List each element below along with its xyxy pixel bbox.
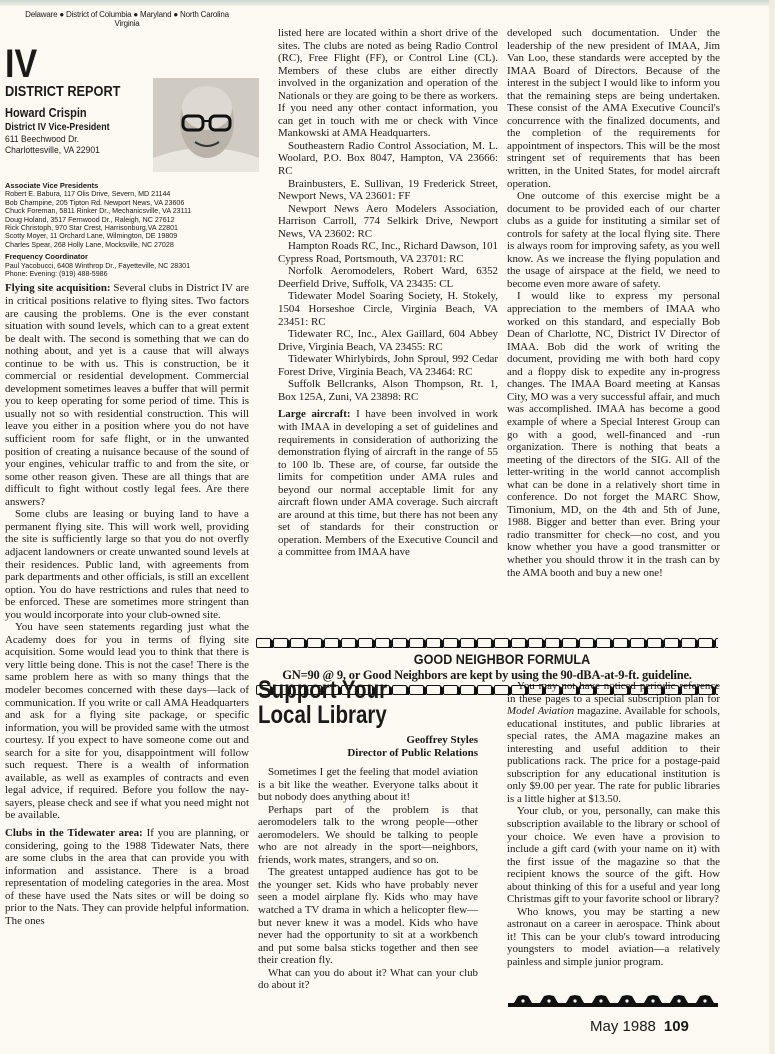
club-entry: Suffolk Bellcranks, Alson Thompson, Rt. … [278,378,498,403]
paragraph: Some clubs are leasing or buying land to… [5,508,249,621]
paragraph: Your club, or you, personally, can make … [507,805,720,905]
club-entry: Tidewater Whirlybirds, John Sproul, 992 … [278,353,498,378]
byline: Geoffrey Styles Director of Public Relat… [258,734,478,760]
border-box-glyph [681,638,696,648]
paragraph: listed here are located within a short d… [278,27,498,140]
border-box-glyph [579,638,594,648]
border-box-glyph [528,638,543,648]
club-entry: Southeastern Radio Control Association, … [278,140,498,178]
column-2: listed here are located within a short d… [278,27,498,559]
border-box-glyph [375,638,390,648]
paragraph: Who knows, you may be starting a new ast… [507,906,720,969]
club-entry: Tidewater RC, Inc., Alex Gaillard, 604 A… [278,328,498,353]
border-box-glyph [341,638,356,648]
border-box-glyph [562,638,577,648]
associates-list: Associate Vice Presidents Robert E. Babu… [5,182,249,278]
author-title: District IV Vice-President [5,122,110,135]
border-box-glyph [460,638,475,648]
border-box-glyph [273,638,288,648]
states-line: Delaware ● District of Columbia ● Maryla… [5,10,249,28]
top-color-band [0,0,775,6]
paragraph: Sometimes I get the feeling that model a… [258,766,478,804]
border-box-glyph [477,638,492,648]
border-box-glyph [290,638,305,648]
good-neighbor-title: GOOD NEIGHBOR FORMULA [308,651,697,667]
end-ornament [508,993,718,1007]
club-entry: Norfolk Aeromodelers, Robert Ward, 6352 … [278,265,498,290]
border-box-glyph [698,638,713,648]
paragraph: developed such documentation. Under the … [507,27,720,190]
border-box-glyph [392,638,407,648]
club-entry: Tidewater Model Soaring Society, H. Stok… [278,290,498,328]
paragraph: You have seen statements regarding just … [5,621,249,822]
paragraph: You may not have noticed periodic refere… [507,680,720,805]
border-box-glyph [494,638,509,648]
author-photo [153,78,259,172]
border-box-glyph [256,638,271,648]
issue-date: May 1988 [590,1018,656,1035]
border-box-glyph [715,638,718,648]
border-box-glyph [426,638,441,648]
border-box-glyph [409,638,424,648]
club-entry: Brainbusters, E. Sullivan, 19 Frederick … [278,178,498,203]
library-column-1: Support Your Local Library Geoffrey Styl… [258,678,478,992]
paragraph: Clubs in the Tidewater area: If you are … [5,827,249,927]
border-box-glyph [324,638,339,648]
paragraph: I would like to express my personal appr… [507,290,720,579]
column-3: developed such documentation. Under the … [507,27,720,579]
border-box-glyph [477,685,492,695]
border-box-glyph [630,638,645,648]
page-footer: May 1988109 [590,1018,689,1035]
paragraph: The greatest untapped audience has got t… [258,866,478,966]
paragraph: Large aircraft: I have been involved in … [278,408,498,559]
author-address: 611 Beechwood Dr. Charlottesville, VA 22… [5,134,100,156]
library-title: Support Your Local Library [258,678,438,728]
border-box-glyph [545,638,560,648]
paragraph: What can you do about it? What can your … [258,967,478,992]
border-box-glyph [511,638,526,648]
library-column-2: You may not have noticed periodic refere… [507,680,720,969]
district-number: IV [5,45,37,83]
paragraph: One outcome of this exercise might be a … [507,190,720,290]
border-box-glyph [307,638,322,648]
column-1: Delaware ● District of Columbia ● Maryla… [5,10,249,927]
club-entry: Newport News Aero Modelers Association, … [278,203,498,241]
border-box-glyph [443,638,458,648]
border-box-glyph [596,638,611,648]
section-title: DISTRICT REPORT [5,86,120,99]
page-edge [769,0,775,1054]
page-number: 109 [664,1018,689,1035]
paragraph: Perhaps part of the problem is that aero… [258,804,478,867]
club-entry: Hampton Roads RC, Inc., Richard Dawson, … [278,240,498,265]
district-header: IV DISTRICT REPORT Howard Crispin Distri… [5,28,249,158]
border-box-glyph [613,638,628,648]
paragraph: Flying site acquisition: Several clubs i… [5,282,249,508]
border-box-glyph [647,638,662,648]
border-box-glyph [358,638,373,648]
border-box-glyph [664,638,679,648]
box-border-top [256,638,718,648]
author-name: Howard Crispin [5,107,87,120]
